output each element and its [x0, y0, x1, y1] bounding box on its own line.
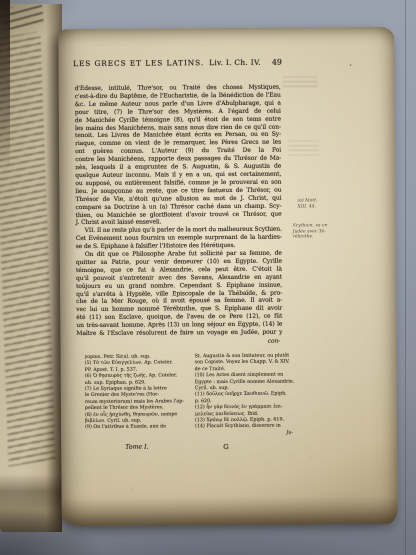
- text-line: Maître & l'Esclave résolurent de faire u…: [76, 329, 282, 338]
- text-line: VII. Il ne reste plus qu'à parler de la …: [76, 226, 281, 235]
- text-line: (11) δοῦλος ὑπῆρχε Σκυθιανῶ. Epiph.: [195, 392, 296, 399]
- footnote-column-left: yopius. Petr. Sicul. ub. sup.(5) Τὸ τῶν …: [85, 354, 187, 438]
- book-photo: LES GRECS ET LES LATINS. Liv. I. Ch. IV.…: [0, 0, 416, 555]
- text-line: XIII. 44.: [297, 204, 353, 210]
- book-spine-shadow: [0, 0, 10, 170]
- header-title: LES GRECS ET LES LATINS.: [73, 58, 204, 68]
- background-seam: [405, 0, 406, 555]
- left-page-bottom-edges: [0, 474, 62, 532]
- running-header: LES GRECS ET LES LATINS. Liv. I. Ch. IV.…: [74, 58, 280, 68]
- header-chapter-ref: Liv. I. Ch. IV.: [209, 58, 261, 67]
- footnote-right-lines: St. Augustin & son Imitateur, ou plutôts…: [195, 354, 297, 432]
- text-line: (9) On l'attribue à Euzoïe, ami de: [85, 425, 186, 432]
- margin-note-scythien: Scythien, va enJudée avec Té-rébinthe.: [293, 223, 349, 240]
- text-line: (6) Ὁ θησαυρὸς τῆς ζωῆς. Ap. Coteler.: [85, 374, 186, 381]
- footnote-catchword: Ju-: [195, 430, 296, 437]
- footnote-column-right: St. Augustin & son Imitateur, ou plutôts…: [195, 354, 297, 438]
- text-line: (12) ἦν γὰρ δεινὸς ἐν γράμμασι ἐπι-: [195, 405, 296, 412]
- page-number: 49: [272, 58, 282, 67]
- ink-showthrough-mid: [288, 140, 319, 155]
- text-line: rébinthe.: [293, 234, 349, 240]
- gathering-signature: G: [223, 443, 228, 451]
- signature-line: Tome I. G: [77, 443, 283, 453]
- right-page: LES GRECS ET LES LATINS. Liv. I. Ch. IV.…: [58, 27, 397, 526]
- text-line: son Copiste. Voyez les Chapp. V. & XIV.: [195, 360, 296, 367]
- text-column: LES GRECS ET LES LATINS. Liv. I. Ch. IV.…: [74, 58, 283, 454]
- footnotes: yopius. Petr. Sicul. ub. sup.(5) Τὸ τῶν …: [85, 354, 298, 439]
- catchword: con-: [76, 338, 282, 346]
- ink-showthrough-top: [283, 76, 318, 88]
- body-text: d'Edesse, intitulé, Thre'sor, ou Traité …: [75, 84, 283, 338]
- tome-label: Tome I.: [125, 444, 148, 451]
- margin-note-matthew: (a) Matt.XIII. 44.: [297, 198, 353, 209]
